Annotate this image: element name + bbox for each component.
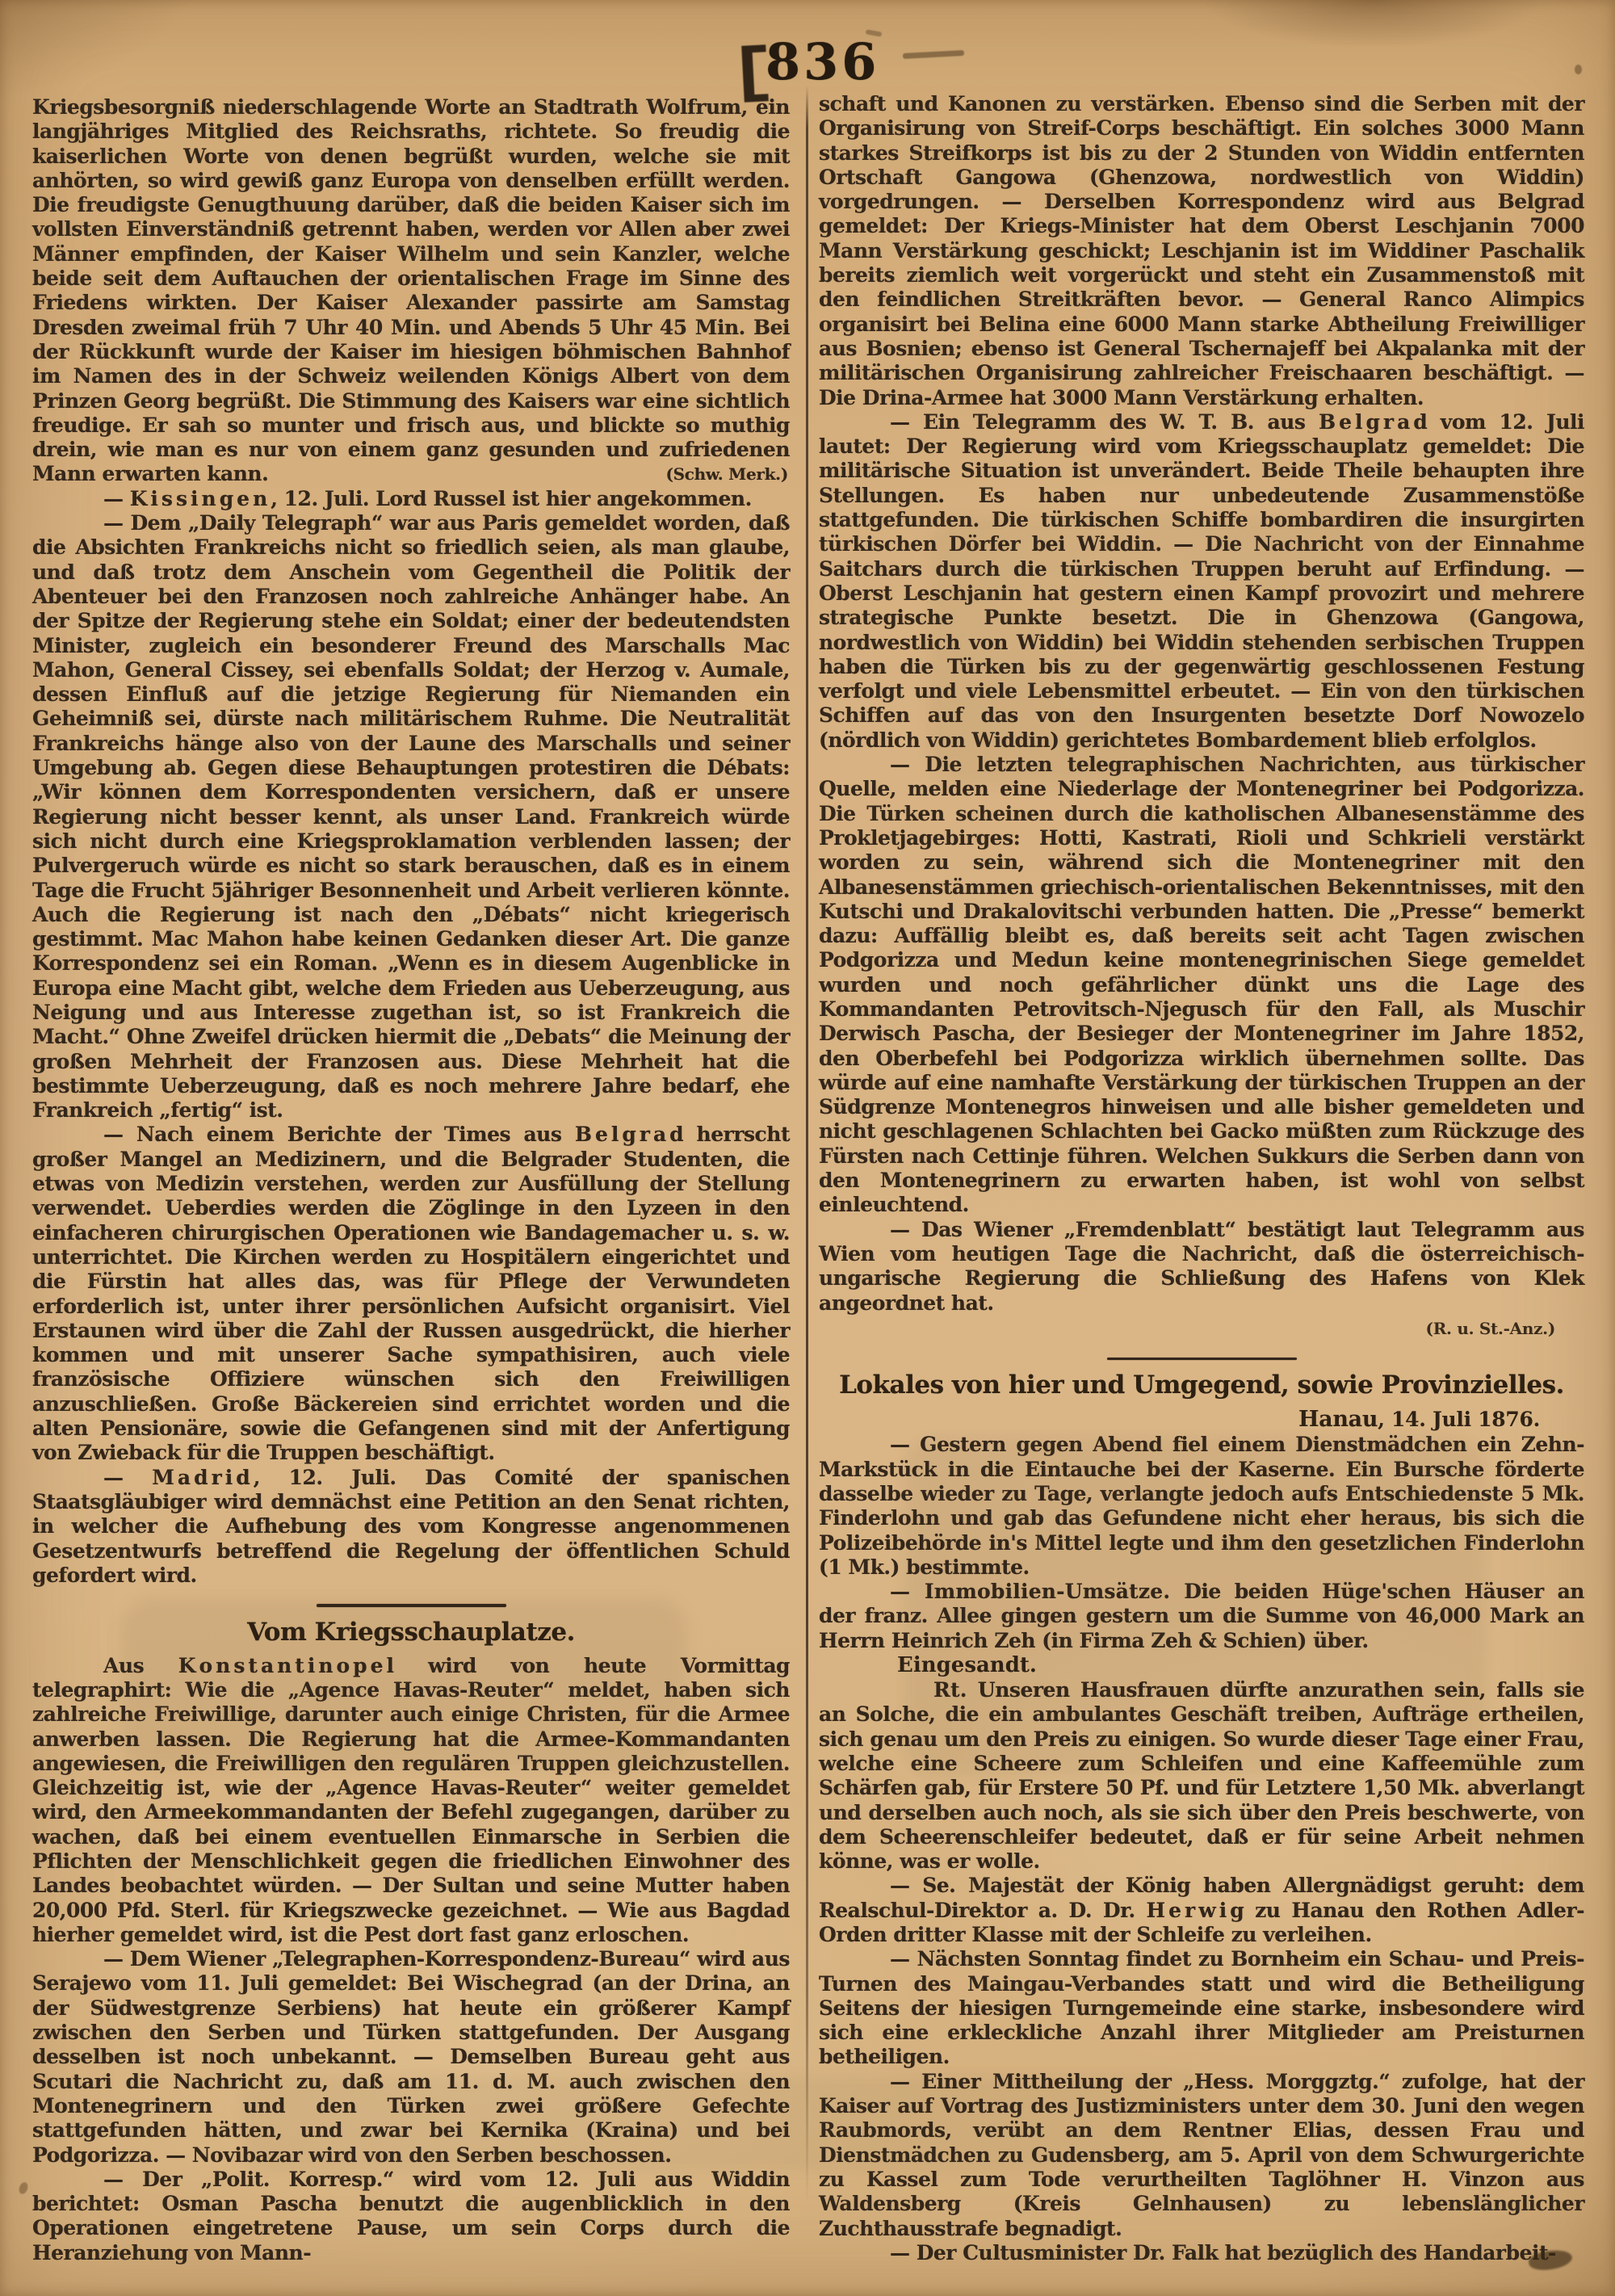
news-paragraph-finderlohn: — Gestern gegen Abend fiel einem Dienstm… xyxy=(819,1433,1584,1580)
ink-speck xyxy=(1575,65,1582,74)
news-paragraph-fremdenblatt: — Das Wiener „Fremdenblatt“ bestätigt la… xyxy=(819,1218,1584,1316)
page-number: 836 xyxy=(766,37,879,87)
news-paragraph-begnadigung: — Einer Mittheilung der „Hess. Morggztg.… xyxy=(819,2070,1584,2241)
news-paragraph-madrid: — M a d r i d , 12. Juli. Das Comité der… xyxy=(32,1466,790,1588)
section-heading-local-news: Lokales von hier und Umgegend, sowie Pro… xyxy=(819,1370,1584,1400)
news-paragraph-konstantinopel: Aus K o n s t a n t i n o p e l wird von… xyxy=(32,1654,790,1948)
column-divider-rule xyxy=(806,86,808,2205)
source-attribution: (R. u. St.-Anz.) xyxy=(819,1316,1584,1341)
section-divider xyxy=(317,1604,506,1607)
news-paragraph-daily-telegraph: — Dem „Daily Telegraph“ war aus Paris ge… xyxy=(32,511,790,1123)
news-paragraph-serbian-reinforcements: schaft und Kanonen zu verstärken. Ebenso… xyxy=(819,92,1584,410)
paragraph-text: Kriegsbesorgniß niederschlagende Worte a… xyxy=(32,95,790,485)
dateline-place: Hanau xyxy=(1298,1407,1378,1432)
ink-bracket-mark xyxy=(741,44,769,102)
paragraph-lead: Rt. xyxy=(933,1678,967,1702)
section-divider xyxy=(1107,1358,1297,1361)
news-paragraph-cultusminister: — Der Cultusminister Dr. Falk hat bezügl… xyxy=(819,2241,1584,2265)
news-paragraph-hausfrauen: Rt. Unseren Hausfrauen dürfte anzurathen… xyxy=(819,1678,1584,1874)
dateline: Hanau, 14. Juli 1876. xyxy=(819,1407,1584,1433)
news-paragraph-herwig-orden: — Se. Majestät der König haben Allergnäd… xyxy=(819,1874,1584,1947)
dateline-date: , 14. Juli 1876. xyxy=(1378,1408,1540,1431)
news-paragraph-times-belgrad: — Nach einem Berichte der Times aus B e … xyxy=(32,1123,790,1465)
paragraph-text: Unseren Hausfrauen dürfte anzurathen sei… xyxy=(819,1678,1584,1873)
news-paragraph-kaiser-meeting: Kriegsbesorgniß niederschlagende Worte a… xyxy=(32,95,790,487)
news-paragraph-preisturnen: — Nächsten Sonntag findet zu Bornheim ei… xyxy=(819,1947,1584,2069)
news-paragraph-wtb-telegram: — Ein Telegramm des W. T. B. aus B e l g… xyxy=(819,410,1584,753)
news-paragraph-montenegro: — Die letzten telegraphischen Nachrichte… xyxy=(819,753,1584,1218)
news-paragraph-immobilien: — Immobilien-Umsätze. Die beiden Hüge'sc… xyxy=(819,1580,1584,1653)
news-paragraph-polit-korresp: — Der „Polit. Korresp.“ wird vom 12. Jul… xyxy=(32,2168,790,2265)
source-attribution: (Schw. Merk.) xyxy=(665,462,790,486)
news-paragraph-serajewo: — Dem Wiener „Telegraphen-Korrespondenz-… xyxy=(32,1947,790,2168)
section-heading-war-theatre: Vom Kriegsschauplatze. xyxy=(32,1617,790,1647)
right-column: schaft und Kanonen zu verstärken. Ebenso… xyxy=(819,92,1584,2265)
left-column: Kriegsbesorgniß niederschlagende Worte a… xyxy=(32,95,790,2265)
news-paragraph-kissingen: — K i s s i n g e n , 12. Juli. Lord Rus… xyxy=(32,487,790,511)
subsection-heading-eingesandt: Eingesandt. xyxy=(819,1653,1584,1678)
paragraph-lead: — Immobilien-Umsätze. xyxy=(890,1580,1170,1603)
